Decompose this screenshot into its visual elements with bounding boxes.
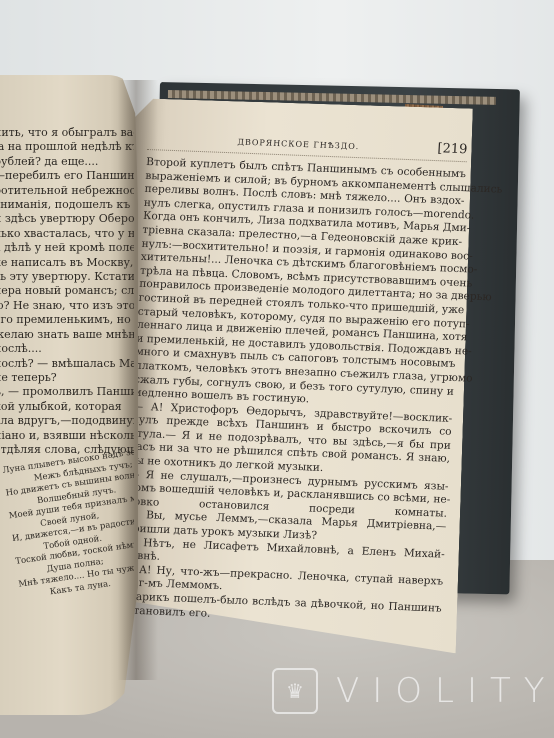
text-line: не теперь? [0,371,134,385]
text-line: рублей? да еще.... [0,155,134,169]
text-line: лько хвасталась, что у ней [0,227,134,241]
text-line: ротительной небрежностью [0,184,134,198]
running-head-title: ДВОРЯНСКОЕ ГНѢЗДО. [237,137,359,151]
text-line: ъ, — промолвилъ Паншинъ [0,385,134,399]
text-line: а дѣлѣ у ней кромѣ полекъ [0,241,134,255]
text-line: ю? Не знаю, что изъ этого [0,299,134,313]
right-page-text: ДВОРЯНСКОЕ ГНѢЗДО. [219 Второй куплетъ б… [121,130,468,630]
watermark-text: VIOLITY [336,671,554,711]
text-line: —перебилъ его Паншинъ съ [0,169,134,183]
poem-verse: Луна плыветъ высоко надъ землеюМежъ блѣд… [0,448,134,604]
text-line: послѣ.... [0,342,134,356]
text-line: вниманія, подошелъ къ Лизѣ [0,198,134,212]
text-line: ке написалъ въ Москву, и [0,256,134,270]
text-line: нить, что я обыгралъ васъ,— [0,126,134,140]
text-line: кой улыбкой, которая [0,400,134,414]
right-page-lines: Второй куплетъ былъ спѣтъ Паншинымъ съ о… [121,156,467,630]
text-line: и здѣсь увертюру Оберона,— [0,212,134,226]
book-gutter-shadow [118,80,158,680]
text-line: послѣ? — вмѣшалась Марья [0,357,134,371]
left-page-text: РОМАНЫ. нить, что я обыгралъ васъ,—-а на… [0,118,134,638]
text-line: его премиленькимъ, но [0,313,134,327]
text-line: -а на прошлой недѣлѣ кто у [0,140,134,154]
text-line: сь эту увертюру. Кстати,— [0,270,134,284]
watermark: ♛ VIOLITY [272,668,554,714]
text-line: ала вдругъ,—пододвинувъ [0,414,134,428]
page-number: [219 [437,141,468,157]
crown-icon: ♛ [272,668,318,714]
text-line: желаю знать ваше мнѣніе. [0,328,134,342]
left-page-lines: нить, что я обыгралъ васъ,—-а на прошлой… [0,126,134,457]
text-line: чера новый романсъ; слова [0,284,134,298]
text-line: піано и, взявши нѣсколько [0,429,134,443]
